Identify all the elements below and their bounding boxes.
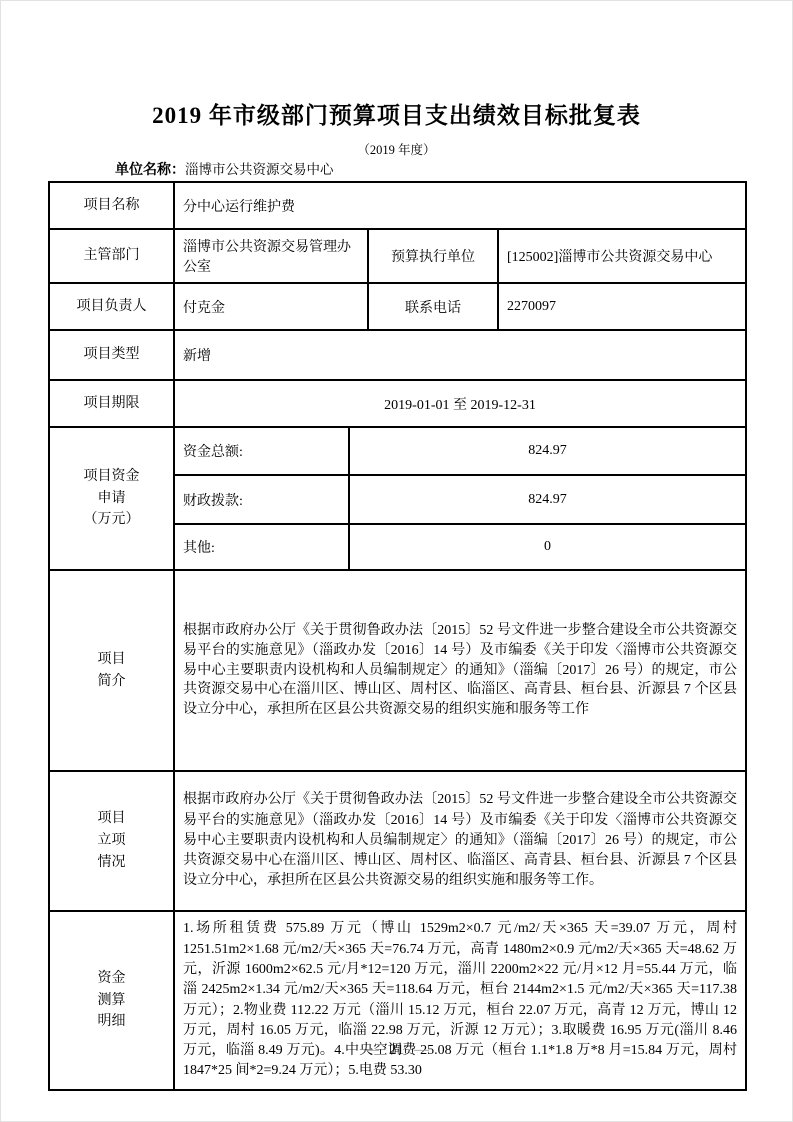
budget-unit-label: 预算执行单位 <box>368 229 498 283</box>
unit-name-value: 淄博市公共资源交易中心 <box>185 162 334 177</box>
project-period-value: 2019-01-01 至 2019-12-31 <box>174 380 746 427</box>
page-footer: —21— <box>0 1042 793 1059</box>
department-label: 主管部门 <box>49 229 174 283</box>
budget-unit-value: [125002]淄博市公共资源交易中心 <box>498 229 746 283</box>
project-type-label: 项目类型 <box>49 330 174 380</box>
project-intro-text: 根据市政府办公厅《关于贯彻鲁政办法〔2015〕52 号文件进一步整合建设全市公共… <box>174 570 746 771</box>
funding-fiscal-label: 财政拨款: <box>174 475 349 524</box>
project-name-label: 项目名称 <box>49 182 174 229</box>
project-name-value: 分中心运行维护费 <box>174 182 746 229</box>
funding-total-value: 824.97 <box>349 427 746 475</box>
unit-name-label: 单位名称： <box>115 163 185 178</box>
document-subtitle: （2019 年度） <box>0 140 793 158</box>
department-value: 淄博市公共资源交易管理办公室 <box>174 229 368 283</box>
project-approval-text: 根据市政府办公厅《关于贯彻鲁政办法〔2015〕52 号文件进一步整合建设全市公共… <box>174 771 746 911</box>
funding-other-value: 0 <box>349 524 746 570</box>
funding-label: 项目资金 申请 （万元） <box>49 427 174 570</box>
footer-right-dash: — <box>404 1042 439 1058</box>
fund-calculation-label: 资金 测算 明细 <box>49 911 174 1090</box>
project-approval-label: 项目 立项 情况 <box>49 771 174 911</box>
funding-other-label: 其他: <box>174 524 349 570</box>
row-department: 主管部门 淄博市公共资源交易管理办公室 预算执行单位 [125002]淄博市公共… <box>49 229 746 283</box>
row-funding-total: 项目资金 申请 （万元） 资金总额: 824.97 <box>49 427 746 475</box>
row-project-period: 项目期限 2019-01-01 至 2019-12-31 <box>49 380 746 427</box>
project-type-value: 新增 <box>174 330 746 380</box>
row-fund-calculation: 资金 测算 明细 1.场所租赁费 575.89 万元（博山 1529m2×0.7… <box>49 911 746 1090</box>
phone-value: 2270097 <box>498 283 746 330</box>
row-leader: 项目负责人 付克金 联系电话 2270097 <box>49 283 746 330</box>
funding-total-label: 资金总额: <box>174 427 349 475</box>
row-project-approval: 项目 立项 情况 根据市政府办公厅《关于贯彻鲁政办法〔2015〕52 号文件进一… <box>49 771 746 911</box>
row-project-type: 项目类型 新增 <box>49 330 746 380</box>
budget-approval-table: 项目名称 分中心运行维护费 主管部门 淄博市公共资源交易管理办公室 预算执行单位… <box>48 181 747 1091</box>
leader-value: 付克金 <box>174 283 368 330</box>
project-period-label: 项目期限 <box>49 380 174 427</box>
unit-name-line: 单位名称：淄博市公共资源交易中心 <box>115 158 334 179</box>
row-project-intro: 项目 简介 根据市政府办公厅《关于贯彻鲁政办法〔2015〕52 号文件进一步整合… <box>49 570 746 771</box>
footer-left-dash: — <box>354 1042 389 1058</box>
funding-fiscal-value: 824.97 <box>349 475 746 524</box>
fund-calculation-text: 1.场所租赁费 575.89 万元（博山 1529m2×0.7 元/m2/天×3… <box>174 911 746 1090</box>
project-intro-label: 项目 简介 <box>49 570 174 771</box>
row-project-name: 项目名称 分中心运行维护费 <box>49 182 746 229</box>
leader-label: 项目负责人 <box>49 283 174 330</box>
phone-label: 联系电话 <box>368 283 498 330</box>
document-title: 2019 年市级部门预算项目支出绩效目标批复表 <box>0 97 793 130</box>
page-number: 21 <box>389 1042 404 1058</box>
